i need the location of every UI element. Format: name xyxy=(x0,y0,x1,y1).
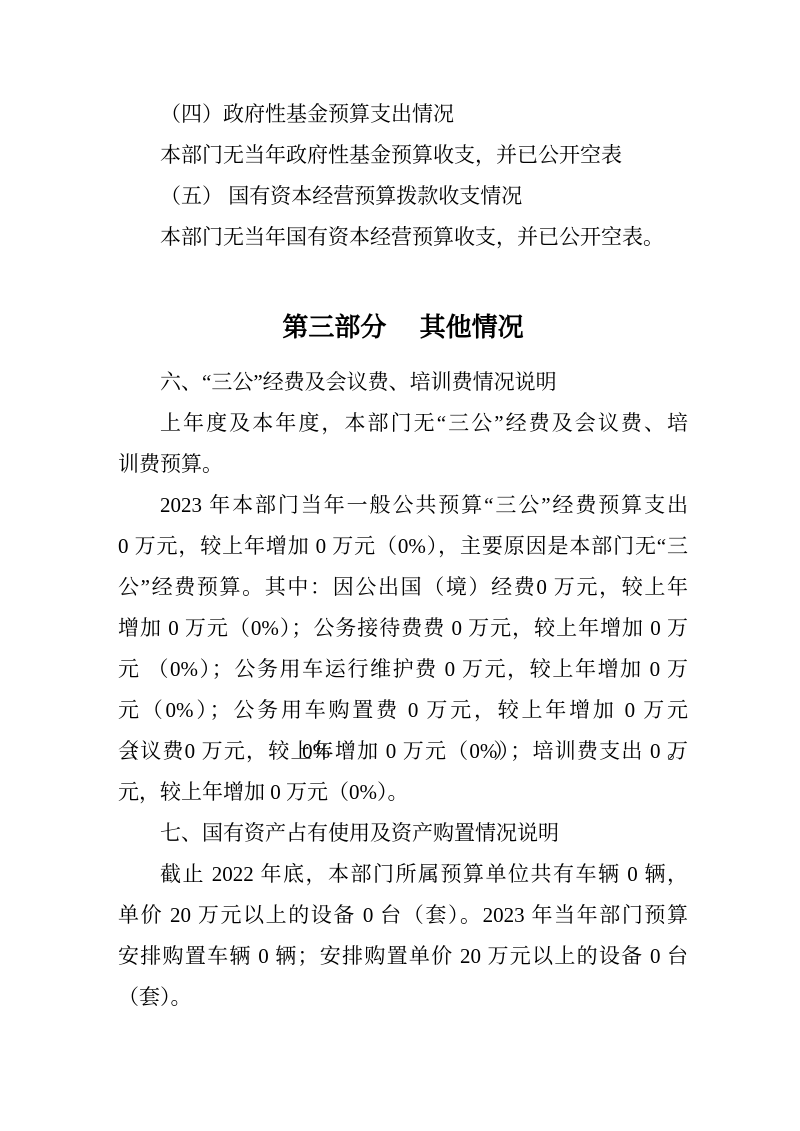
three-public-expense-line: 2023 年本部门当年一般公共预算“三公”经费预算支出 xyxy=(118,485,688,526)
section-7-title: 七、国有资产占有使用及资产购置情况说明 xyxy=(118,813,688,854)
document-content: （四）政府性基金预算支出情况 本部门无当年政府性基金预算收支，并已公开空表 （五… xyxy=(118,94,688,1018)
subsection-5-state-capital-title: （五） 国有资本经营预算拨款收支情况 xyxy=(118,176,688,217)
section-7-body-line: 截止 2022 年底，本部门所属预算单位共有车辆 0 辆， xyxy=(118,854,688,895)
subsection-5-state-capital-body: 本部门无当年国有资本经营预算收支，并已公开空表。 xyxy=(118,217,688,258)
three-public-expense-line: 元 （0%）；公务用车运行维护费 0 万元，较上年增加 0 万 xyxy=(118,649,688,690)
section-7-body-line: 安排购置车辆 0 辆；安排购置单价 20 万元以上的设备 0 台 xyxy=(118,936,688,977)
subsection-4-gov-fund-title: （四）政府性基金预算支出情况 xyxy=(118,94,688,135)
document-page: （四）政府性基金预算支出情况 本部门无当年政府性基金预算收支，并已公开空表 （五… xyxy=(0,0,800,1131)
section-6-title: 六、“三公”经费及会议费、培训费情况说明 xyxy=(118,362,688,403)
three-public-expense-line: 0 万元，较上年增加 0 万元（0%），主要原因是本部门无“三 xyxy=(118,526,688,567)
section-6-body-line: 上年度及本年度，本部门无“三公”经费及会议费、培 xyxy=(118,403,688,444)
three-public-expense-line: 会议费0 万元，较上年增加 0 万元（0%）；培训费支出 0 万 xyxy=(118,731,688,772)
part-3-heading: 第三部分 其他情况 xyxy=(118,304,688,350)
three-public-expense-line: 增加 0 万元（0%）；公务接待费费 0 万元，较上年增加 0 万 xyxy=(118,608,688,649)
three-public-expense-line: 公”经费预算。其中：因公出国（境）经费0 万元，较上年 xyxy=(118,567,688,608)
section-7-body-line: 单价 20 万元以上的设备 0 台（套）。2023 年当年部门预算 xyxy=(118,895,688,936)
three-public-expense-line: 元（0%）；公务用车购置费 0 万元，较上年增加 0 万元（0%）。 xyxy=(118,690,688,731)
subsection-4-gov-fund-body: 本部门无当年政府性基金预算收支，并已公开空表 xyxy=(118,135,688,176)
three-public-expense-line: 元，较上年增加 0 万元（0%）。 xyxy=(118,772,688,813)
section-7-body-line: （套）。 xyxy=(118,977,688,1018)
section-6-body-line: 训费预算。 xyxy=(118,444,688,485)
